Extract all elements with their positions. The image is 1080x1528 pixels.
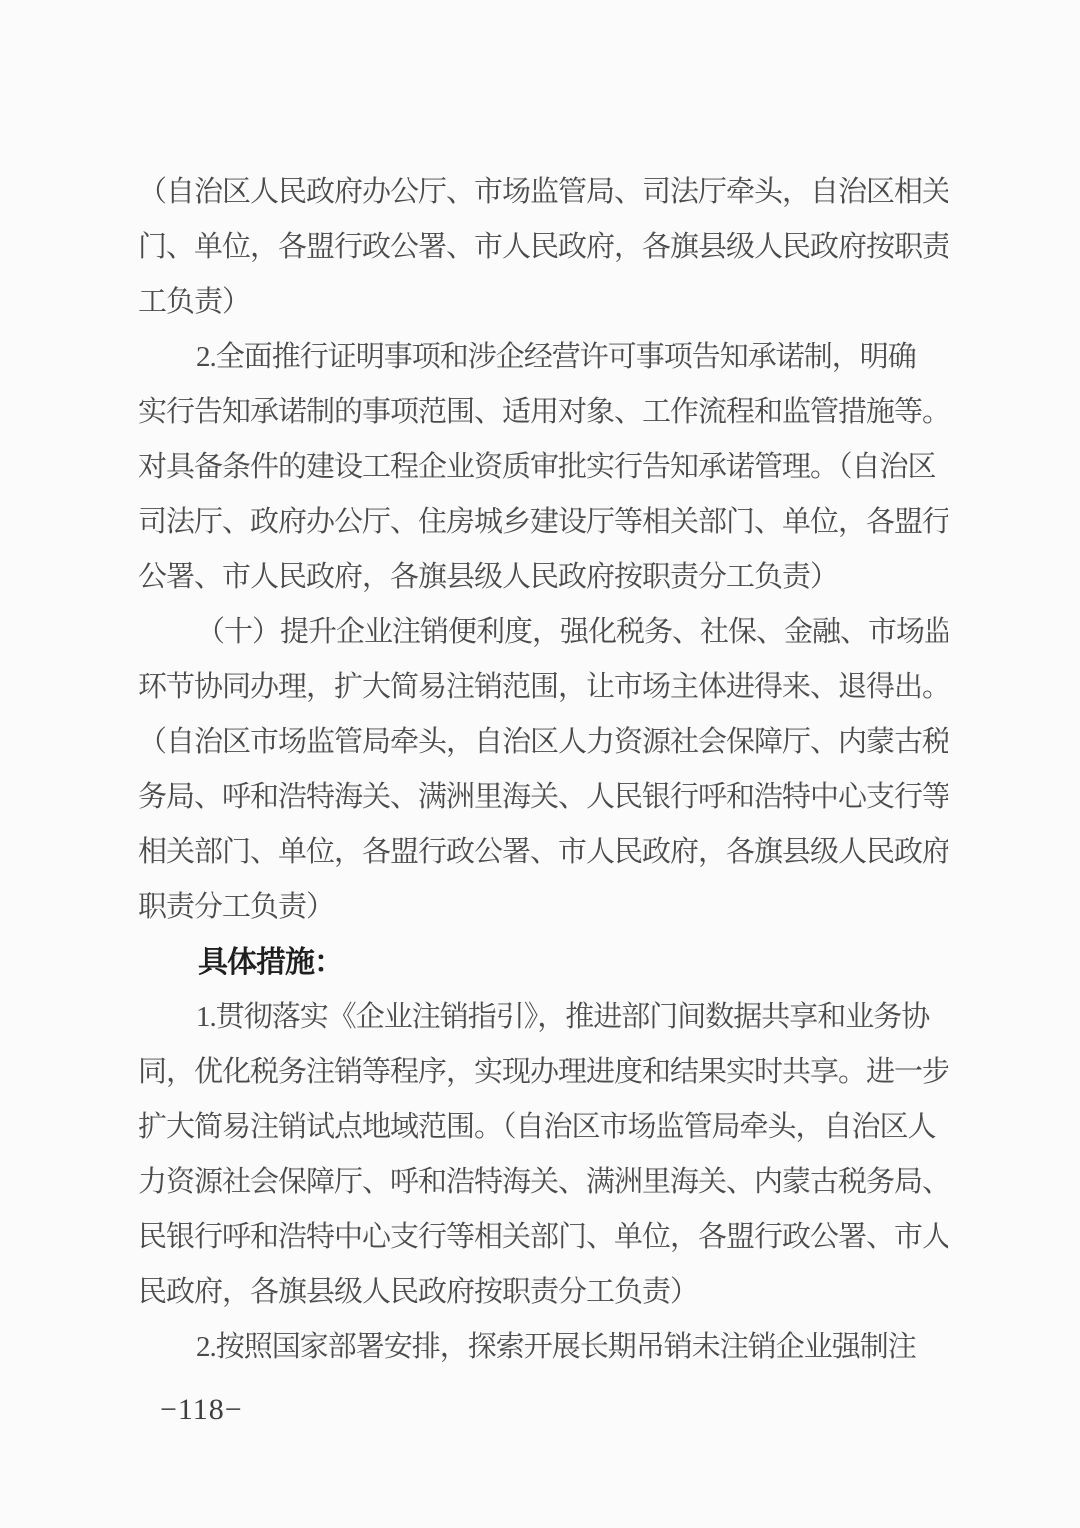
specific-measures-heading: 具体措施： — [138, 935, 948, 990]
text-line: 2.按照国家部署安排，探索开展长期吊销未注销企业强制注 — [138, 1320, 948, 1375]
text-line: （自治区人民政府办公厅、市场监管局、司法厅牵头，自治区相关部 — [138, 165, 948, 220]
measure-2-notification-commitment-system: 2.全面推行证明事项和涉企经营许可事项告知承诺制，明确实行告知承诺制的事项范围、… — [138, 330, 948, 605]
text-line: 实行告知承诺制的事项范围、适用对象、工作流程和监管措施等。 — [138, 385, 948, 440]
text-line: 司法厅、政府办公厅、住房城乡建设厅等相关部门、单位，各盟行政 — [138, 495, 948, 550]
text-line: 务局、呼和浩特海关、满洲里海关、人民银行呼和浩特中心支行等 — [138, 770, 948, 825]
text-line: 同，优化税务注销等程序，实现办理进度和结果实时共享。进一步 — [138, 1045, 948, 1100]
text-line: 相关部门、单位，各盟行政公署、市人民政府，各旗县级人民政府按 — [138, 825, 948, 880]
clause-nine-responsibility-continuation: （自治区人民政府办公厅、市场监管局、司法厅牵头，自治区相关部门、单位，各盟行政公… — [138, 165, 948, 330]
text-line: 民政府，各旗县级人民政府按职责分工负责） — [138, 1265, 948, 1320]
text-line: 1.贯彻落实《企业注销指引》，推进部门间数据共享和业务协 — [138, 990, 948, 1045]
text-line: 民银行呼和浩特中心支行等相关部门、单位，各盟行政公署、市人 — [138, 1210, 948, 1265]
text-line: 门、单位，各盟行政公署、市人民政府，各旗县级人民政府按职责分 — [138, 220, 948, 275]
text-line: （自治区市场监管局牵头，自治区人力资源社会保障厅、内蒙古税 — [138, 715, 948, 770]
text-line: 职责分工负责） — [138, 880, 948, 935]
document-page: { "page": { "background_color": "#fbfbfb… — [0, 0, 1080, 1528]
text-line: 扩大简易注销试点地域范围。（自治区市场监管局牵头，自治区人 — [138, 1100, 948, 1155]
section-heading: 具体措施： — [138, 935, 948, 990]
page-background: （自治区人民政府办公厅、市场监管局、司法厅牵头，自治区相关部门、单位，各盟行政公… — [0, 0, 1080, 1528]
document-body: （自治区人民政府办公厅、市场监管局、司法厅牵头，自治区相关部门、单位，各盟行政公… — [138, 165, 948, 1375]
text-line: （十）提升企业注销便利度，强化税务、社保、金融、市场监管等 — [138, 605, 948, 660]
text-line: 2.全面推行证明事项和涉企经营许可事项告知承诺制，明确 — [138, 330, 948, 385]
text-line: 力资源社会保障厅、呼和浩特海关、满洲里海关、内蒙古税务局、人 — [138, 1155, 948, 1210]
page-number: −118− — [160, 1392, 243, 1428]
text-line: 工负责） — [138, 275, 948, 330]
measure-1-deregistration-guide: 1.贯彻落实《企业注销指引》，推进部门间数据共享和业务协同，优化税务注销等程序，… — [138, 990, 948, 1320]
text-line: 公署、市人民政府，各旗县级人民政府按职责分工负责） — [138, 550, 948, 605]
text-line: 环节协同办理，扩大简易注销范围，让市场主体进得来、退得出。 — [138, 660, 948, 715]
text-line: 对具备条件的建设工程企业资质审批实行告知承诺管理。（自治区 — [138, 440, 948, 495]
clause-ten-enterprise-deregistration: （十）提升企业注销便利度，强化税务、社保、金融、市场监管等环节协同办理，扩大简易… — [138, 605, 948, 935]
measure-2-forced-deregistration: 2.按照国家部署安排，探索开展长期吊销未注销企业强制注 — [138, 1320, 948, 1375]
